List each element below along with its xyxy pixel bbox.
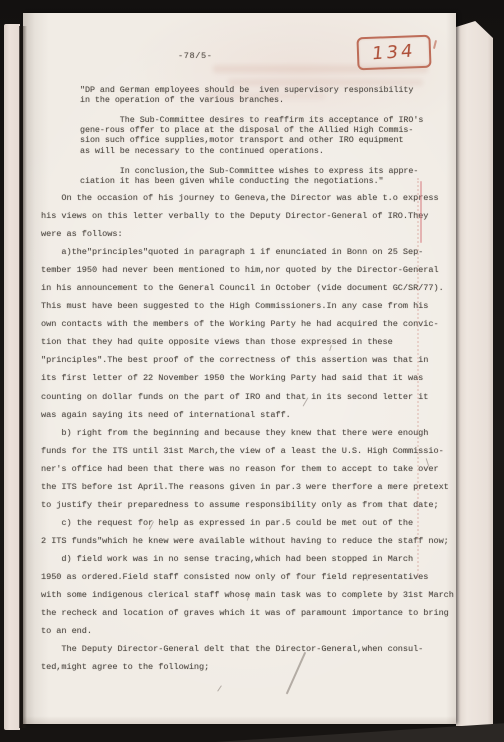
red-bleed-line [417,178,419,578]
body-text: On the occasion of his journey to Geneva… [41,189,454,676]
right-page-edge [456,21,493,726]
scan-background: -78/5- 134 "DP and German employees shou… [0,0,504,742]
left-page-edge [4,24,20,730]
pen-mark [217,685,222,691]
book-gutter-shadow [19,26,27,728]
red-bleed-mark [420,181,422,243]
stamp-number: 134 [371,40,416,64]
quoted-letter-text: "DP and German employees should be iven … [80,85,423,186]
stamp-tick-mark [433,40,437,49]
page-number: -78/5- [178,51,213,61]
document-page: -78/5- 134 "DP and German employees shou… [23,13,456,724]
ink-bleed-smudge [213,65,428,73]
